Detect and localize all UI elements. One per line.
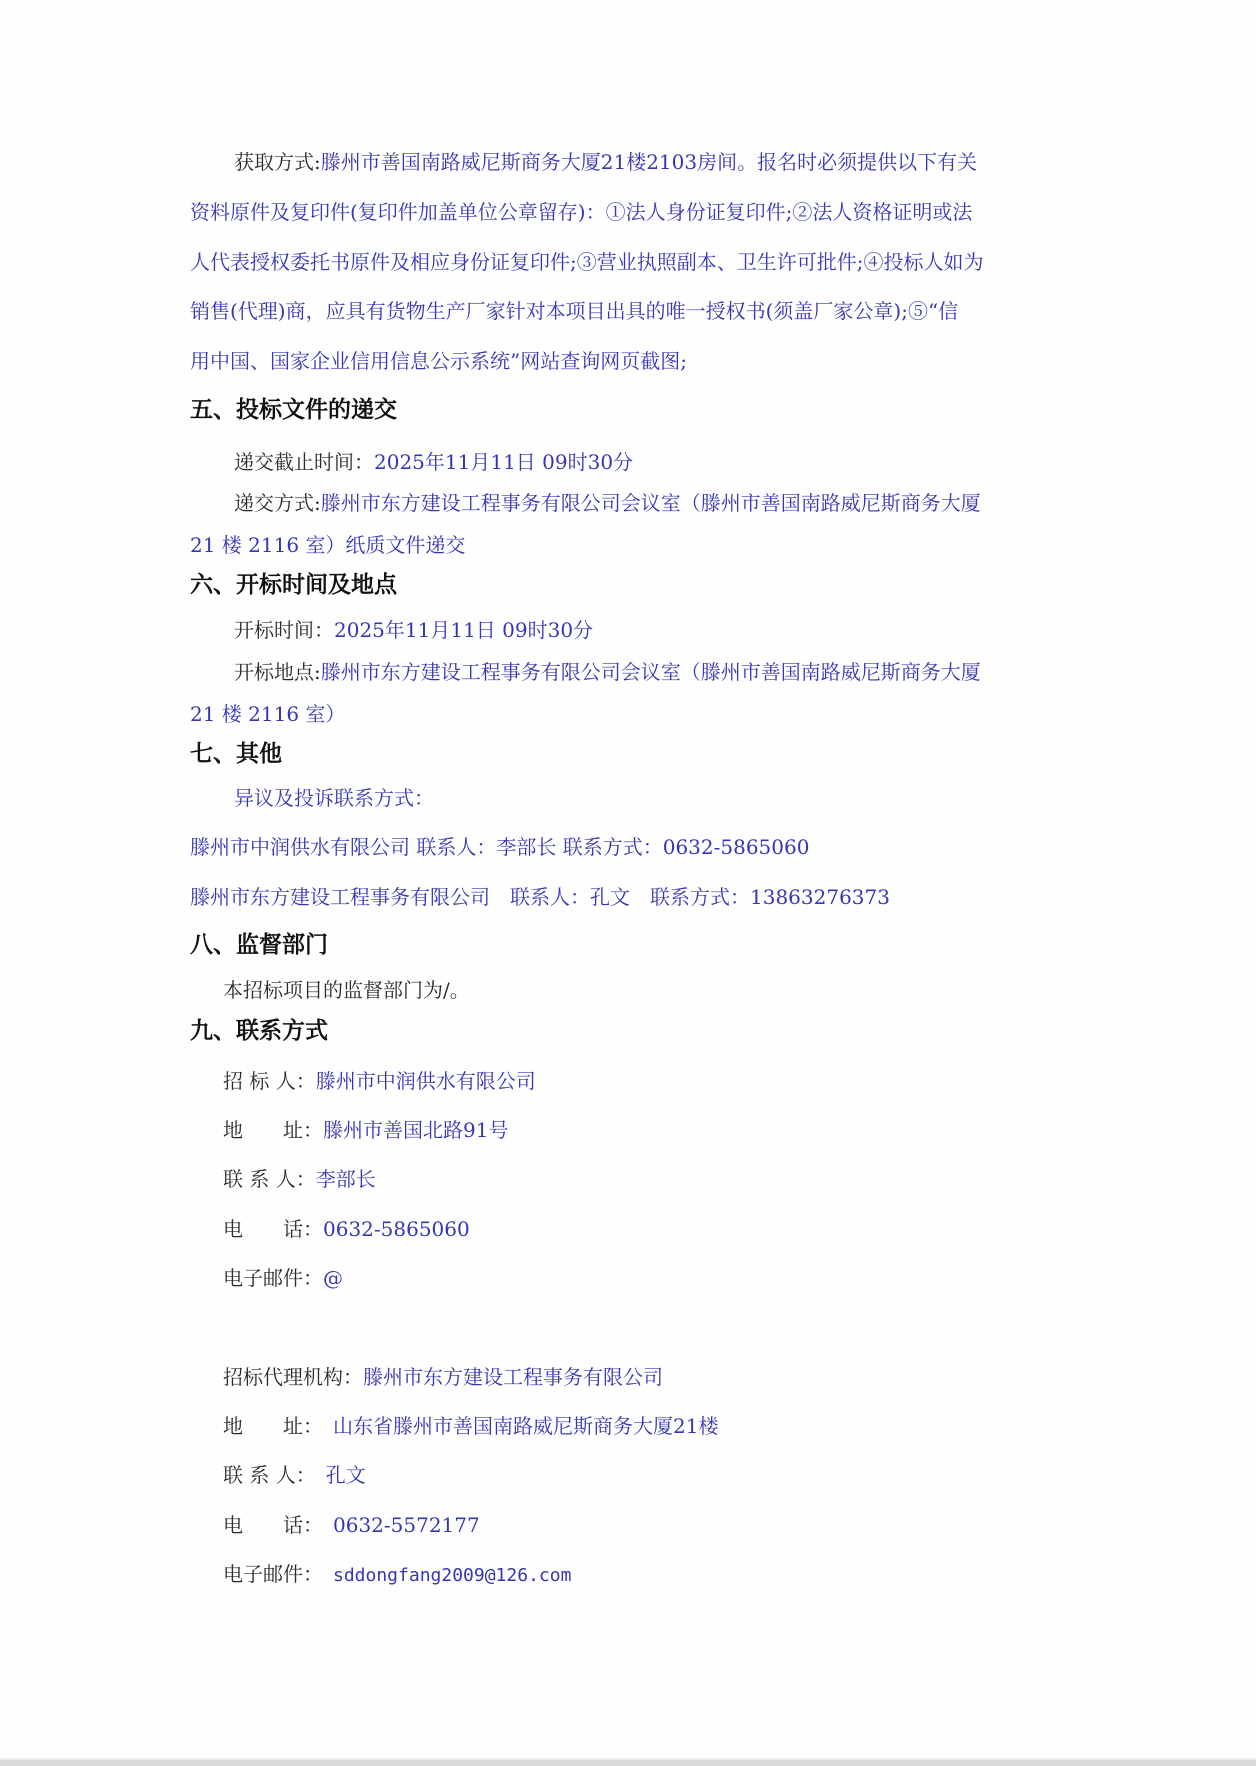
opening-time-label: 开标时间：: [234, 618, 334, 642]
agency-phone-label: 电 话：: [223, 1513, 323, 1537]
tenderer-phone-value: 0632-5865060: [323, 1217, 470, 1241]
agency-phone-row: 电 话：0632-5572177: [223, 1512, 480, 1538]
opening-time-value: 2025年11月11日 09时30分: [334, 618, 593, 642]
agency-email-label: 电子邮件：: [223, 1562, 323, 1586]
section-7-title: 七、其他: [190, 739, 282, 769]
tenderer-contact-value: 李部长: [316, 1167, 376, 1191]
acquire-line-5: 用中国、国家企业信用信息公示系统”网站查询网页截图;: [190, 348, 687, 374]
tenderer-email-row: 电子邮件：@: [223, 1265, 343, 1291]
deadline-row: 递交截止时间：2025年11月11日 09时30分: [234, 449, 633, 475]
supervision-text: 本招标项目的监督部门为/。: [223, 977, 470, 1003]
page-bottom-edge: [0, 1758, 1256, 1766]
complaint-contact-2: 滕州市东方建设工程事务有限公司 联系人：孔文 联系方式：13863276373: [190, 884, 890, 910]
agency-contact-label: 联 系 人：: [223, 1463, 316, 1487]
tenderer-phone-row: 电 话：0632-5865060: [223, 1216, 470, 1242]
acquire-line-4: 销售(代理)商，应具有货物生产厂家针对本项目出具的唯一授权书(须盖厂家公章);⑤…: [190, 298, 958, 324]
acquire-line-3: 人代表授权委托书原件及相应身份证复印件;③营业执照副本、卫生许可批件;④投标人如…: [190, 249, 983, 275]
agency-address-value: 山东省滕州市善国南路威尼斯商务大厦21楼: [333, 1414, 718, 1438]
tenderer-value: 滕州市中润供水有限公司: [316, 1069, 536, 1093]
agency-label: 招标代理机构：: [223, 1365, 363, 1389]
section-8-title: 八、监督部门: [190, 930, 328, 960]
tenderer-email-value[interactable]: @: [323, 1266, 343, 1290]
tenderer-contact-row: 联 系 人：李部长: [223, 1166, 376, 1192]
acquire-line-2: 资料原件及复印件(复印件加盖单位公章留存)：①法人身份证复印件;②法人资格证明或…: [190, 199, 972, 225]
section-6-title: 六、开标时间及地点: [190, 570, 397, 600]
agency-email-value[interactable]: sddongfang2009@126.com: [333, 1565, 571, 1586]
tenderer-contact-label: 联 系 人：: [223, 1167, 316, 1191]
agency-row: 招标代理机构：滕州市东方建设工程事务有限公司: [223, 1364, 663, 1390]
complaint-contact-1: 滕州市中润供水有限公司 联系人：李部长 联系方式：0632-5865060: [190, 834, 809, 860]
agency-address-row: 地 址：山东省滕州市善国南路威尼斯商务大厦21楼: [223, 1413, 718, 1439]
method-label: 递交方式:: [234, 491, 321, 515]
deadline-label: 递交截止时间：: [234, 450, 374, 474]
complaint-label: 异议及投诉联系方式：: [234, 785, 434, 811]
tenderer-email-label: 电子邮件：: [223, 1266, 323, 1290]
method-line-2: 21 楼 2116 室）纸质文件递交: [190, 532, 465, 558]
opening-place-value: 滕州市东方建设工程事务有限公司会议室（滕州市善国南路威尼斯商务大厦: [321, 660, 981, 684]
deadline-value: 2025年11月11日 09时30分: [374, 450, 633, 474]
acquire-label: 获取方式:: [234, 150, 321, 174]
acquire-line-1: 获取方式:滕州市善国南路威尼斯商务大厦21楼2103房间。报名时必须提供以下有关: [234, 149, 977, 175]
section-5-title: 五、投标文件的递交: [190, 395, 397, 425]
tenderer-phone-label: 电 话：: [223, 1217, 323, 1241]
tenderer-label: 招 标 人：: [223, 1069, 316, 1093]
agency-value: 滕州市东方建设工程事务有限公司: [363, 1365, 663, 1389]
agency-phone-value: 0632-5572177: [333, 1513, 480, 1537]
agency-email-row: 电子邮件：sddongfang2009@126.com: [223, 1561, 571, 1589]
section-9-title: 九、联系方式: [190, 1016, 328, 1046]
opening-place-row: 开标地点:滕州市东方建设工程事务有限公司会议室（滕州市善国南路威尼斯商务大厦: [234, 659, 981, 685]
tenderer-address-row: 地 址：滕州市善国北路91号: [223, 1117, 508, 1143]
opening-place-label: 开标地点:: [234, 660, 321, 684]
opening-time-row: 开标时间：2025年11月11日 09时30分: [234, 617, 593, 643]
opening-place-line-2: 21 楼 2116 室）: [190, 701, 345, 727]
tenderer-address-label: 地 址：: [223, 1118, 323, 1142]
tenderer-address-value: 滕州市善国北路91号: [323, 1118, 508, 1142]
acquire-text: 滕州市善国南路威尼斯商务大厦21楼2103房间。报名时必须提供以下有关: [321, 150, 977, 174]
method-value: 滕州市东方建设工程事务有限公司会议室（滕州市善国南路威尼斯商务大厦: [321, 491, 981, 515]
tenderer-row: 招 标 人：滕州市中润供水有限公司: [223, 1068, 536, 1094]
agency-address-label: 地 址：: [223, 1414, 323, 1438]
method-row: 递交方式:滕州市东方建设工程事务有限公司会议室（滕州市善国南路威尼斯商务大厦: [234, 490, 981, 516]
agency-contact-row: 联 系 人：孔文: [223, 1462, 366, 1488]
agency-contact-value: 孔文: [326, 1463, 366, 1487]
